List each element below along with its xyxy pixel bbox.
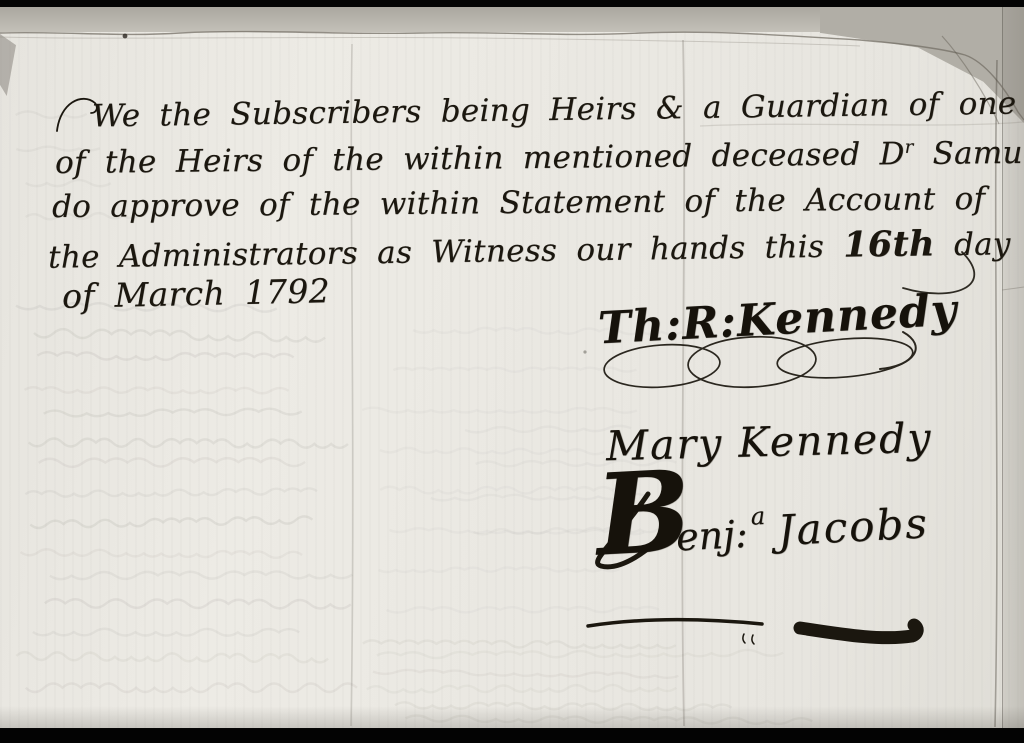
scan-frame-top (0, 0, 1024, 7)
line-4-suffix: day (935, 226, 1011, 263)
manuscript-scan: We the Subscribers being Heirs & a Guard… (0, 0, 1024, 743)
signature-benj-jacobs: Benj:aJacobs (593, 443, 930, 572)
day-number-overwritten: 16th (843, 223, 935, 265)
manuscript-date-line: of March 1792 (62, 271, 331, 316)
scan-frame-bottom (0, 729, 1024, 743)
line-2-name: Samuel Kennedy (913, 133, 1024, 172)
jacobs-name-mid: enj: (675, 512, 749, 560)
jacobs-underline-flourish (588, 620, 917, 644)
jacobs-surname: Jacobs (776, 498, 929, 555)
jacobs-ornate-initial: B (593, 446, 694, 582)
jacobs-name-superscript: a (750, 502, 766, 531)
